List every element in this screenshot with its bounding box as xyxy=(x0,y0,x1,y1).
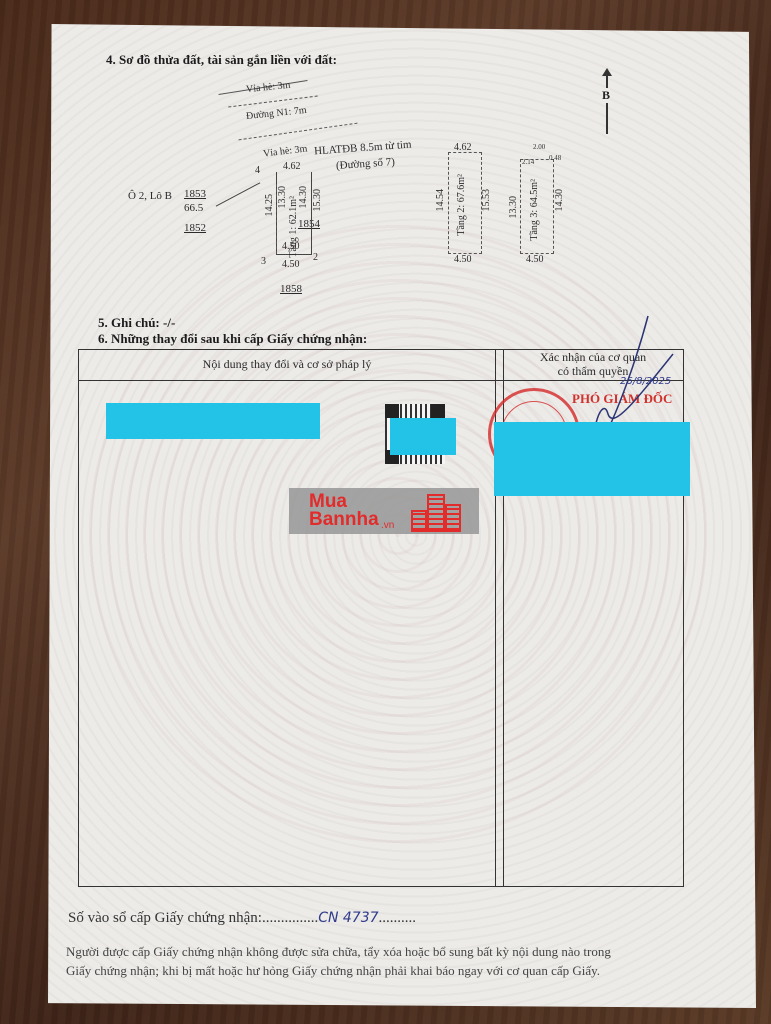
floor1-left-outer: 14.25 xyxy=(264,194,275,217)
floor3-area: Tầng 3: 64.5m² xyxy=(529,179,540,241)
corner-3: 3 xyxy=(261,256,266,267)
notice-line-1: Người được cấp Giấy chứng nhận không đượ… xyxy=(66,942,746,961)
floor2-top: 4.62 xyxy=(454,142,472,153)
floor1-right-outer: 15.30 xyxy=(312,189,323,212)
building-icon xyxy=(411,510,427,532)
road-dash-line-2 xyxy=(239,123,358,141)
floor1-bottom-inner: 4.50 xyxy=(282,241,300,252)
section-6-title: 6. Những thay đổi sau khi cấp Giấy chứng… xyxy=(98,331,367,347)
corner-4: 4 xyxy=(255,165,260,176)
floor3-top-mid: 2.00 xyxy=(533,143,545,151)
setback-line-label: HLATĐB 8.5m từ tim xyxy=(314,139,412,158)
col1-header: Nội dung thay đổi và cơ sở pháp lý xyxy=(79,357,495,372)
redacted-qr-area xyxy=(390,418,456,455)
floor3-bottom: 4.50 xyxy=(526,254,544,265)
floor2-bottom: 4.50 xyxy=(454,254,472,265)
notice-line-2: Giấy chứng nhận; khi bị mất hoặc hư hỏng… xyxy=(66,961,746,980)
floor3-top-right: 0.48 xyxy=(549,154,561,162)
floor2-right: 15.53 xyxy=(481,189,492,212)
north-arrow-icon xyxy=(606,72,608,134)
floor1-right-inner: 14.30 xyxy=(298,186,309,209)
registry-value: CN 4737 xyxy=(318,910,378,926)
floor3-left: 13.30 xyxy=(508,196,519,219)
plot-number: 1853 xyxy=(184,188,206,200)
land-certificate-page: 4. Sơ đồ thửa đất, tài sản gắn liền với … xyxy=(48,24,756,1008)
sidewalk-top-label: Vỉa hè: 3m xyxy=(246,80,291,96)
neighbor-south: 1858 xyxy=(280,283,302,295)
plot-pointer-line xyxy=(216,182,261,206)
road-label: Đường N1: 7m xyxy=(246,105,308,122)
section-4-title: 4. Sơ đồ thửa đất, tài sản gắn liền với … xyxy=(106,52,337,68)
registry-label: Số vào sổ cấp Giấy chứng nhận: xyxy=(68,910,262,926)
notice-text: Người được cấp Giấy chứng nhận không đượ… xyxy=(66,942,746,980)
registry-dots-after: .......... xyxy=(379,910,417,926)
floor3-right: 14.30 xyxy=(554,189,565,212)
registry-dots: ............... xyxy=(262,910,318,926)
setback-road-label: (Đường số 7) xyxy=(336,156,396,172)
neighbor-west: 1852 xyxy=(184,222,206,234)
floor2-area: Tầng 2: 67.6m² xyxy=(456,174,467,236)
redacted-change-content xyxy=(106,403,320,439)
floor3-top-left: 2.14 xyxy=(522,158,534,166)
redacted-signatory xyxy=(494,422,690,496)
floor1-left-inner: 13.30 xyxy=(277,186,288,209)
logo-tld: .vn xyxy=(381,520,394,531)
floor1-bottom-outer: 4.50 xyxy=(282,259,300,270)
floor2-left: 14.54 xyxy=(435,189,446,212)
muabannha-watermark-logo: Mua Bannha .vn xyxy=(289,488,479,534)
north-arrow-head-icon xyxy=(602,68,612,76)
floor1-top: 4.62 xyxy=(283,161,301,172)
section-5-title: 5. Ghi chú: -/- xyxy=(98,315,175,331)
logo-line2: Bannha xyxy=(309,511,379,529)
building-icon-2 xyxy=(427,494,445,532)
building-icon-3 xyxy=(445,504,461,532)
corner-2: 2 xyxy=(313,252,318,263)
registry-number-row: Số vào sổ cấp Giấy chứng nhận:..........… xyxy=(68,910,416,927)
plot-label: Ô 2, Lô B xyxy=(128,190,172,202)
north-label: B xyxy=(602,88,610,103)
sidewalk-bottom-label: Vỉa hè: 3m xyxy=(262,143,307,159)
plot-area: 66.5 xyxy=(184,202,203,214)
